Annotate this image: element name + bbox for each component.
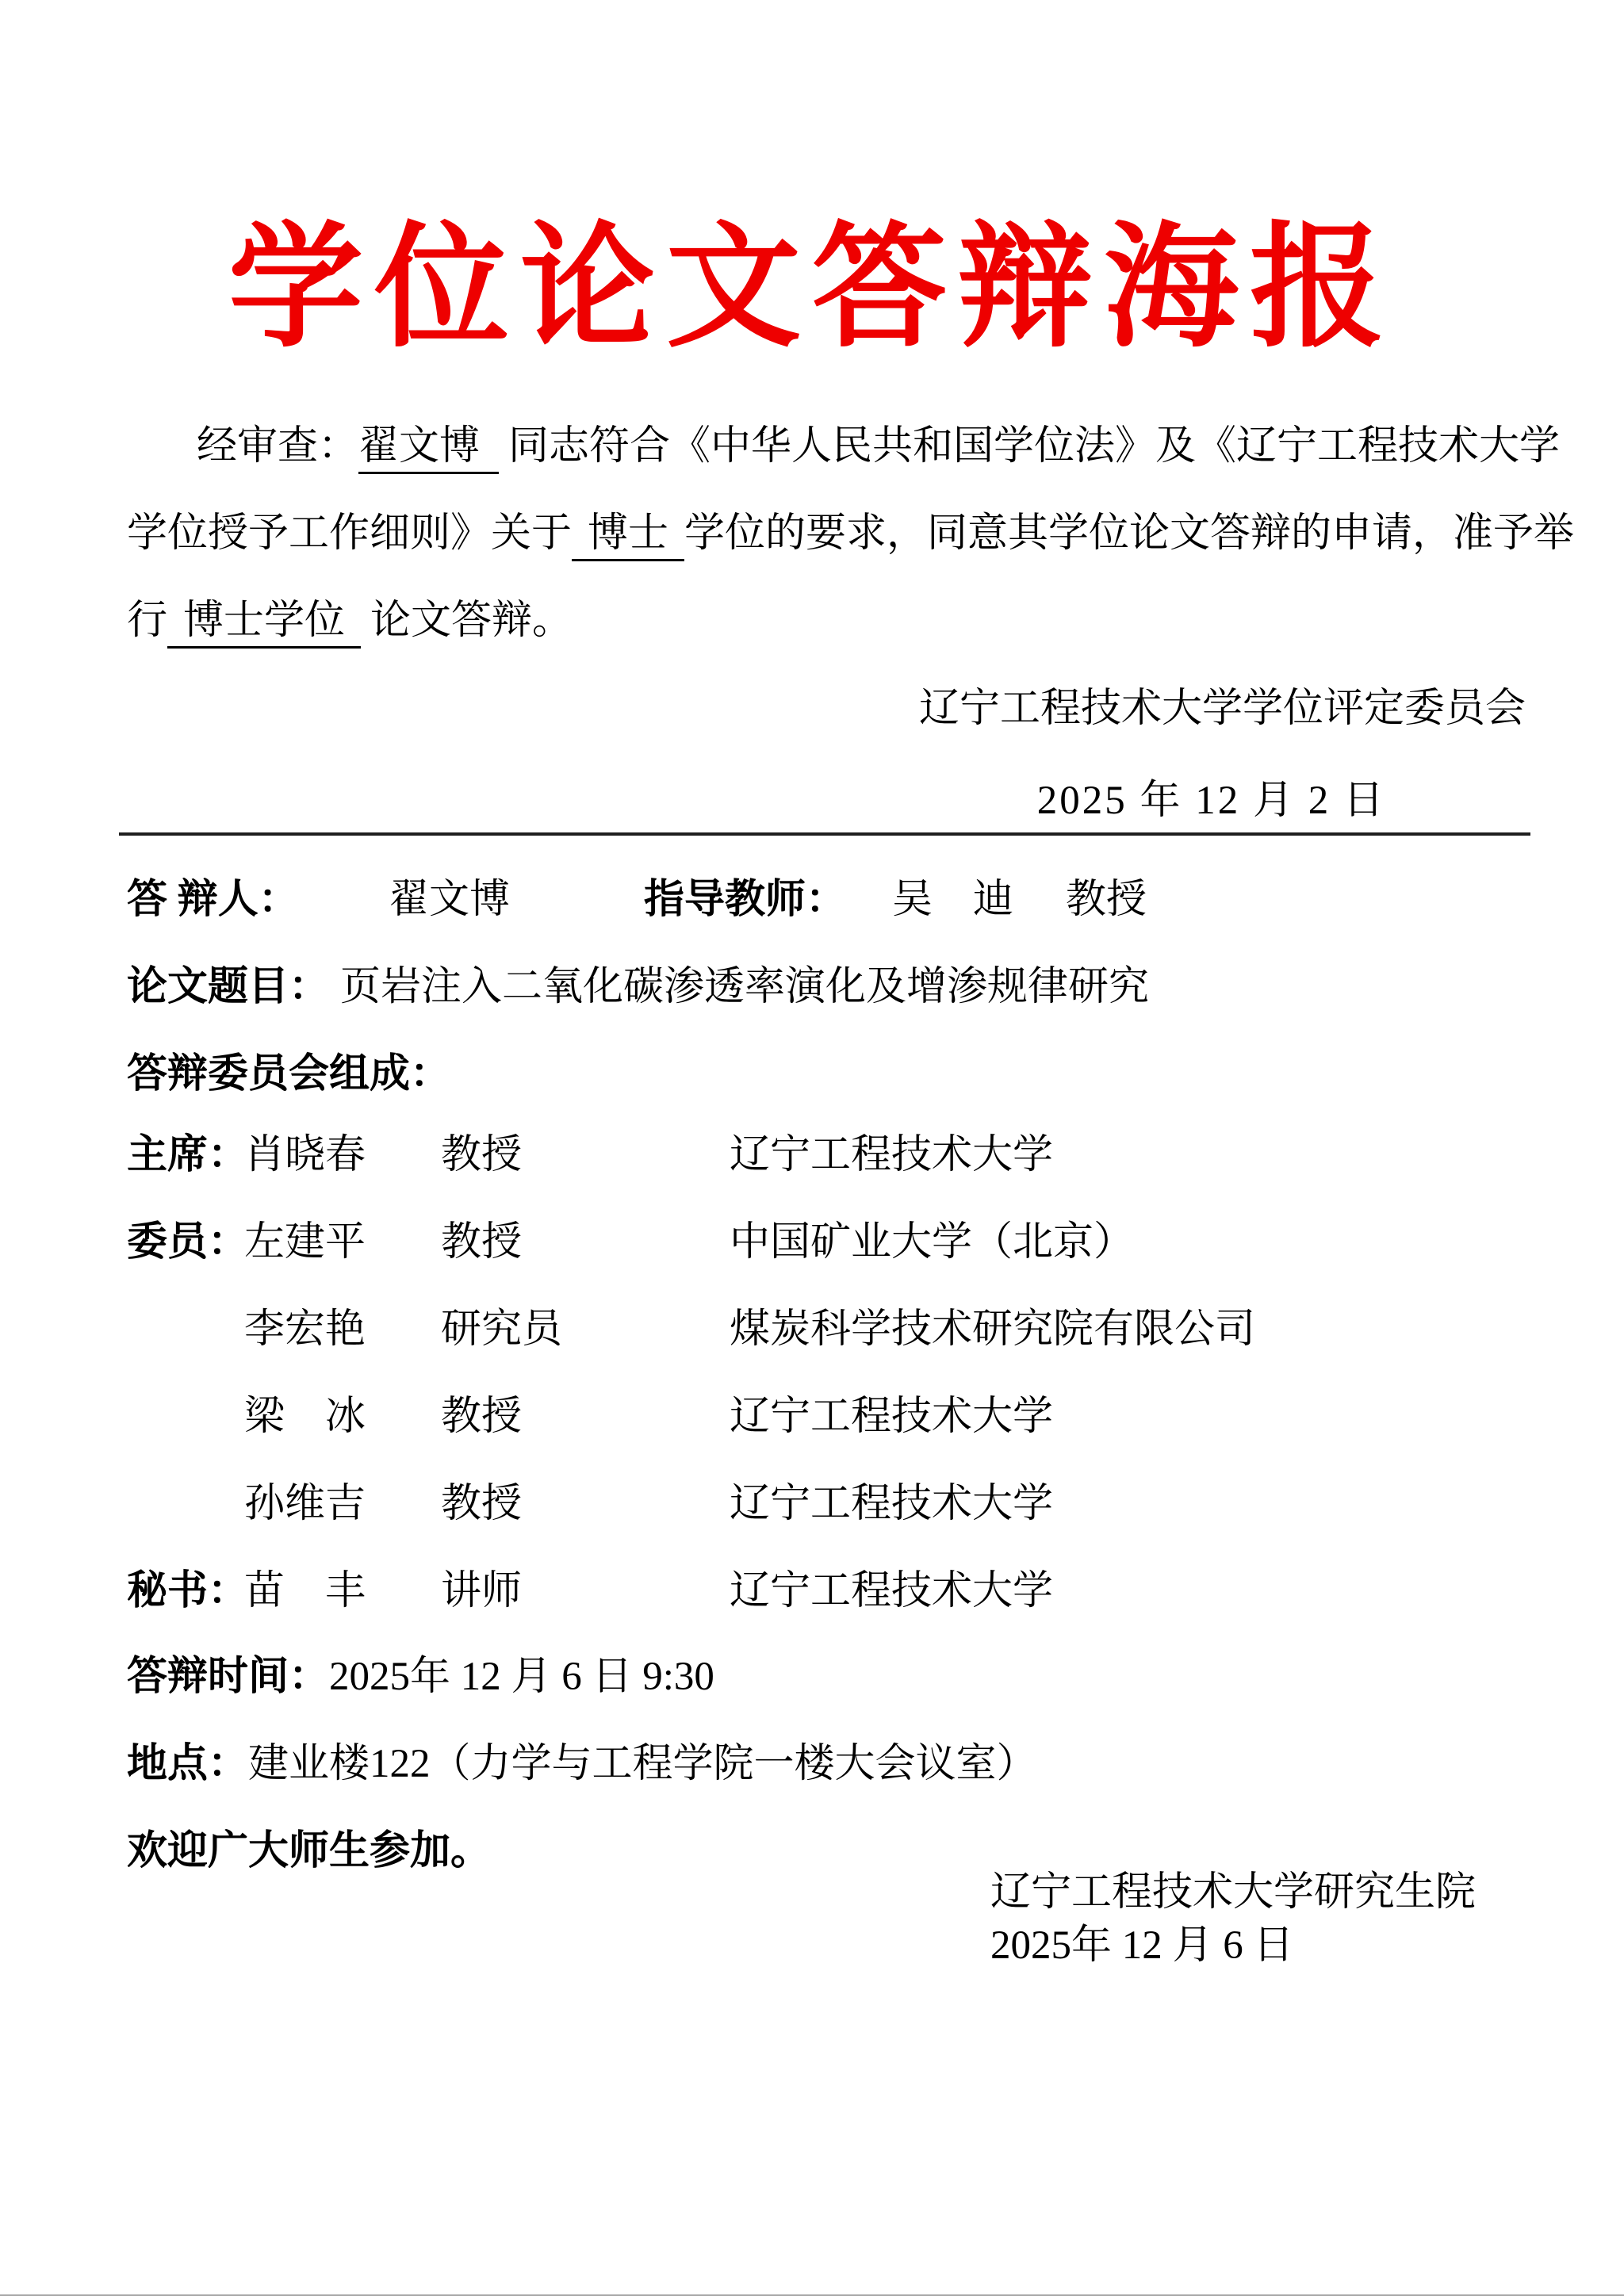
committee-row-chair: 主席： 肖晓春 教授 辽宁工程技术大学: [127, 1112, 1624, 1199]
approval-line-1: 经审查：翟文博同志符合《中华人民共和国学位法》及《辽宁工程技术大学: [197, 403, 1545, 490]
member-org: 辽宁工程技术大学: [730, 1112, 1053, 1199]
approval-paragraph: 经审查：翟文博同志符合《中华人民共和国学位法》及《辽宁工程技术大学 学位授予工作…: [127, 403, 1545, 664]
defense-time-value: 2025年 12 月 6 日 9:30: [329, 1655, 714, 1699]
member-name: 左建平: [244, 1199, 366, 1286]
welcome-text: 欢迎广大师生参加。: [127, 1829, 491, 1873]
degree-type-underlined: 博士学位: [167, 599, 361, 649]
member-org: 辽宁工程技术大学: [730, 1460, 1053, 1548]
member-name: 梁 冰: [244, 1373, 366, 1460]
member-title: 研究员: [441, 1286, 562, 1373]
school-signature-date: 2025年 12 月 6 日: [990, 1919, 1476, 1973]
school-signature-block: 辽宁工程技术大学研究生院 2025年 12 月 6 日: [990, 1866, 1476, 1973]
committee-signature-block: 辽宁工程技术大学学位评定委员会 2025 年 12 月 2 日: [0, 663, 1624, 847]
committee-row-member: 孙维吉 教授 辽宁工程技术大学: [127, 1460, 1624, 1548]
member-name: 肖晓春: [244, 1112, 366, 1199]
defender-row: 答 辩人： 翟文博 指导教师： 吴 迪 教授: [127, 856, 1624, 943]
school-signature-org: 辽宁工程技术大学研究生院: [990, 1866, 1476, 1919]
poster-title: 学位论文答辩海报: [0, 200, 1624, 375]
approval-line-3: 行博士学位论文答辩。: [127, 577, 1545, 664]
approval-line1-pre: 经审查：: [197, 424, 358, 469]
candidate-label: 答 辩人：: [127, 878, 299, 922]
defense-time-row: 答辩时间：2025年 12 月 6 日 9:30: [127, 1633, 1624, 1720]
member-title: 教授: [441, 1460, 522, 1548]
supervisor-title: 教授: [1066, 856, 1147, 943]
defense-time-label: 答辩时间：: [127, 1655, 329, 1699]
committee-signature-org: 辽宁工程技术大学学位评定委员会: [0, 663, 1624, 755]
member-role-label: 秘书：: [127, 1548, 248, 1635]
member-title: 教授: [441, 1373, 522, 1460]
member-org: 辽宁工程技术大学: [730, 1373, 1053, 1460]
approval-line1-post: 同志符合《中华人民共和国学位法》及《辽宁工程技术大学: [508, 424, 1560, 469]
thesis-label: 论文题目：: [127, 965, 329, 1009]
member-org: 煤炭科学技术研究院有限公司: [730, 1286, 1255, 1373]
location-label: 地点：: [127, 1742, 248, 1786]
member-org: 中国矿业大学（北京）: [730, 1199, 1134, 1286]
candidate-name-underlined: 翟文博: [358, 424, 499, 474]
committee-row-secretary: 秘书： 苗 丰 讲师 辽宁工程技术大学: [127, 1548, 1624, 1635]
supervisor-name: 吴 迪: [892, 856, 1013, 943]
member-org: 辽宁工程技术大学: [730, 1548, 1053, 1635]
approval-line3-post: 论文答辩。: [370, 599, 573, 643]
approval-line2-post: 学位的要求，同意其学位论文答辩的申请，准予举: [684, 511, 1574, 556]
committee-header-row: 答辩委员会组成：: [127, 1031, 1624, 1118]
member-title: 教授: [441, 1112, 522, 1199]
approval-line2-pre: 学位授予工作细则》关于: [127, 511, 572, 556]
member-title: 讲师: [441, 1548, 522, 1635]
thesis-row: 论文题目：页岩注入二氧化碳渗透率演化及增渗规律研究: [127, 943, 1624, 1031]
location-row: 地点：建业楼122（力学与工程学院一楼大会议室）: [127, 1720, 1624, 1808]
horizontal-divider: [119, 832, 1530, 836]
degree-underlined: 博士: [572, 511, 684, 561]
member-role-label: 委员：: [127, 1199, 248, 1286]
approval-line3-pre: 行: [127, 599, 167, 643]
member-name: 李宏艳: [244, 1286, 366, 1373]
committee-row-member: 委员： 左建平 教授 中国矿业大学（北京）: [127, 1199, 1624, 1286]
thesis-title: 页岩注入二氧化碳渗透率演化及增渗规律研究: [340, 965, 1149, 1009]
defense-poster-page: 学位论文答辩海报 经审查：翟文博同志符合《中华人民共和国学位法》及《辽宁工程技术…: [0, 0, 1624, 2296]
candidate-name: 翟文博: [389, 856, 510, 943]
approval-line-2: 学位授予工作细则》关于博士学位的要求，同意其学位论文答辩的申请，准予举: [127, 490, 1545, 577]
member-name: 苗 丰: [244, 1548, 366, 1635]
supervisor-label: 指导教师：: [644, 856, 846, 943]
committee-header: 答辩委员会组成：: [127, 1052, 450, 1096]
member-role-label: 主席：: [127, 1112, 248, 1199]
committee-row-member: 李宏艳 研究员 煤炭科学技术研究院有限公司: [127, 1286, 1624, 1373]
member-name: 孙维吉: [244, 1460, 366, 1548]
location-value: 建业楼122（力学与工程学院一楼大会议室）: [248, 1742, 1037, 1786]
committee-row-member: 梁 冰 教授 辽宁工程技术大学: [127, 1373, 1624, 1460]
member-title: 教授: [441, 1199, 522, 1286]
